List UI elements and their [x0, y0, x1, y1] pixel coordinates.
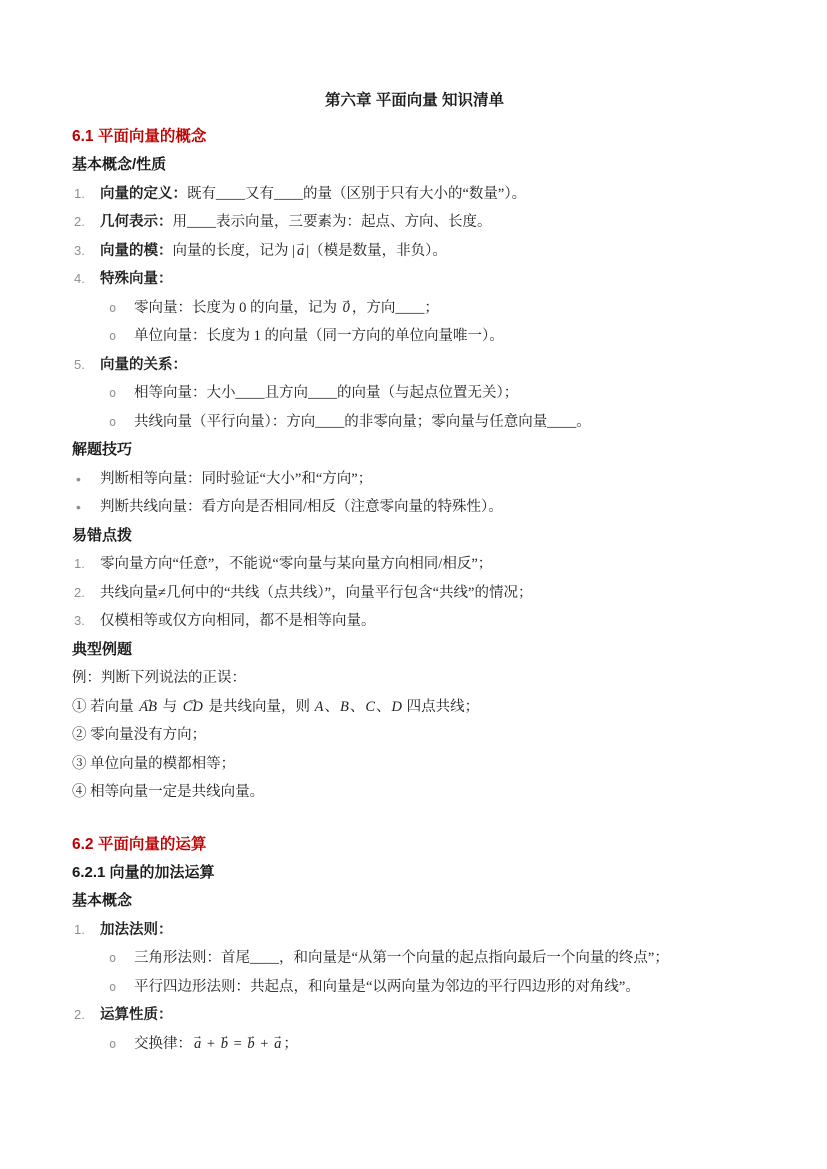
bold-term: 运算性质： — [100, 1007, 173, 1023]
section-spacer — [72, 807, 757, 830]
vector-symbol: a — [192, 1030, 203, 1059]
line-text: ② 零向量没有方向； — [72, 727, 206, 743]
para-line: ② 零向量没有方向； — [72, 721, 757, 750]
vector-symbol: b — [219, 1030, 230, 1059]
numbered-line: 5.向量的关系： — [72, 351, 757, 380]
circle-line: o交换律：a + b = b + a； — [72, 1030, 757, 1059]
line-text: 三角形法则：首尾____，和向量是“从第一个向量的起点指向最后一个向量的终点”； — [134, 950, 669, 966]
document-page: 第六章 平面向量 知识清单 6.1 平面向量的概念基本概念/性质1.向量的定义：… — [0, 0, 827, 1169]
list-marker: 2. — [74, 208, 85, 237]
vector-symbol: CD — [181, 693, 205, 722]
document-title: 第六章 平面向量 知识清单 — [72, 88, 757, 114]
line-text: 例：判断下列说法的正误： — [72, 670, 246, 686]
line-text: 向量的关系： — [100, 357, 187, 373]
line-text: 加法法则： — [100, 922, 173, 938]
dot-line: •判断相等向量：同时验证“大小”和“方向”； — [72, 465, 757, 494]
sub-heading: 基本概念 — [72, 887, 757, 916]
list-marker: • — [76, 493, 81, 522]
line-text: ③ 单位向量的模都相等； — [72, 756, 235, 772]
numbered-line: 2.共线向量≠几何中的“共线（点共线）”，向量平行包含“共线”的情况； — [72, 579, 757, 608]
vector-symbol: b — [245, 1030, 256, 1059]
list-marker: o — [109, 944, 116, 973]
line-text: 仅模相等或仅方向相同，都不是相等向量。 — [100, 613, 376, 629]
math-italic: D — [391, 699, 403, 715]
line-text: 零向量：长度为 0 的向量，记为 0，方向____； — [134, 300, 439, 316]
list-marker: o — [109, 1030, 116, 1059]
line-text: 零向量方向“任意”，不能说“零向量与某向量方向相同/相反”； — [100, 556, 492, 572]
list-marker: o — [109, 294, 116, 323]
line-text: 共线向量（平行向量）：方向____的非零向量；零向量与任意向量____。 — [134, 414, 591, 430]
list-marker: o — [109, 379, 116, 408]
sub-heading: 基本概念/性质 — [72, 151, 757, 180]
line-text: 判断相等向量：同时验证“大小”和“方向”； — [100, 471, 372, 487]
list-marker: • — [76, 465, 81, 494]
para-line: ① 若向量 AB 与 CD 是共线向量，则 A、B、C、D 四点共线； — [72, 693, 757, 722]
bold-term: 几何表示： — [100, 214, 173, 230]
numbered-line: 1.加法法则： — [72, 916, 757, 945]
sub-heading: 6.2.1 向量的加法运算 — [72, 859, 757, 888]
sub-heading: 解题技巧 — [72, 436, 757, 465]
line-text: 相等向量：大小____且方向____的向量（与起点位置无关）； — [134, 385, 518, 401]
bold-term: 加法法则： — [100, 922, 173, 938]
list-marker: 3. — [74, 237, 85, 266]
sub-heading: 典型例题 — [72, 636, 757, 665]
para-line: ③ 单位向量的模都相等； — [72, 750, 757, 779]
numbered-line: 2.几何表示：用____表示向量，三要素为：起点、方向、长度。 — [72, 208, 757, 237]
list-marker: 5. — [74, 351, 85, 380]
bold-term: 向量的定义： — [100, 186, 187, 202]
bold-term: 向量的关系： — [100, 357, 187, 373]
circle-line: o三角形法则：首尾____，和向量是“从第一个向量的起点指向最后一个向量的终点”… — [72, 944, 757, 973]
vector-symbol: a — [295, 237, 306, 266]
numbered-line: 4.特殊向量： — [72, 265, 757, 294]
list-marker: 1. — [74, 180, 85, 209]
circle-line: o共线向量（平行向量）：方向____的非零向量；零向量与任意向量____。 — [72, 408, 757, 437]
numbered-line: 1.向量的定义：既有____又有____的量（区别于只有大小的“数量”）。 — [72, 180, 757, 209]
para-line: 例：判断下列说法的正误： — [72, 664, 757, 693]
list-marker: 3. — [74, 607, 85, 636]
circle-line: o零向量：长度为 0 的向量，记为 0，方向____； — [72, 294, 757, 323]
numbered-line: 3.仅模相等或仅方向相同，都不是相等向量。 — [72, 607, 757, 636]
circle-line: o平行四边形法则：共起点，和向量是“以两向量为邻边的平行四边形的对角线”。 — [72, 973, 757, 1002]
line-text: 单位向量：长度为 1 的向量（同一方向的单位向量唯一）。 — [134, 328, 504, 344]
bold-term: 向量的模： — [100, 243, 173, 259]
vector-symbol: 0 — [341, 294, 352, 323]
list-marker: 2. — [74, 1001, 85, 1030]
line-text: 向量的定义：既有____又有____的量（区别于只有大小的“数量”）。 — [100, 186, 526, 202]
line-text: 特殊向量： — [100, 271, 173, 287]
line-text: 几何表示：用____表示向量，三要素为：起点、方向、长度。 — [100, 214, 492, 230]
line-text: 运算性质： — [100, 1007, 173, 1023]
sub-heading: 易错点拨 — [72, 522, 757, 551]
math-italic: C — [364, 699, 376, 715]
list-marker: 4. — [74, 265, 85, 294]
circle-line: o相等向量：大小____且方向____的向量（与起点位置无关）； — [72, 379, 757, 408]
section-heading-red: 6.1 平面向量的概念 — [72, 122, 757, 151]
list-marker: 2. — [74, 579, 85, 608]
dot-line: •判断共线向量：看方向是否相同/相反（注意零向量的特殊性）。 — [72, 493, 757, 522]
vector-symbol: AB — [137, 693, 159, 722]
line-text: 向量的模：向量的长度，记为 |a|（模是数量，非负）。 — [100, 243, 447, 259]
line-text: 交换律：a + b = b + a； — [134, 1036, 298, 1052]
numbered-line: 3.向量的模：向量的长度，记为 |a|（模是数量，非负）。 — [72, 237, 757, 266]
line-text: ① 若向量 AB 与 CD 是共线向量，则 A、B、C、D 四点共线； — [72, 699, 479, 715]
line-text: ④ 相等向量一定是共线向量。 — [72, 784, 264, 800]
document-body: 6.1 平面向量的概念基本概念/性质1.向量的定义：既有____又有____的量… — [72, 122, 757, 1058]
bold-term: 特殊向量： — [100, 271, 173, 287]
list-marker: o — [109, 322, 116, 351]
circle-line: o单位向量：长度为 1 的向量（同一方向的单位向量唯一）。 — [72, 322, 757, 351]
numbered-line: 1.零向量方向“任意”，不能说“零向量与某向量方向相同/相反”； — [72, 550, 757, 579]
list-marker: o — [109, 973, 116, 1002]
vector-symbol: a — [272, 1030, 283, 1059]
numbered-line: 2.运算性质： — [72, 1001, 757, 1030]
line-text: 平行四边形法则：共起点，和向量是“以两向量为邻边的平行四边形的对角线”。 — [134, 979, 640, 995]
para-line: ④ 相等向量一定是共线向量。 — [72, 778, 757, 807]
math-italic: A — [314, 699, 325, 715]
list-marker: 1. — [74, 550, 85, 579]
line-text: 判断共线向量：看方向是否相同/相反（注意零向量的特殊性）。 — [100, 499, 503, 515]
math-italic: B — [339, 699, 350, 715]
line-text: 共线向量≠几何中的“共线（点共线）”，向量平行包含“共线”的情况； — [100, 585, 532, 601]
list-marker: 1. — [74, 916, 85, 945]
section-heading-red: 6.2 平面向量的运算 — [72, 830, 757, 859]
list-marker: o — [109, 408, 116, 437]
